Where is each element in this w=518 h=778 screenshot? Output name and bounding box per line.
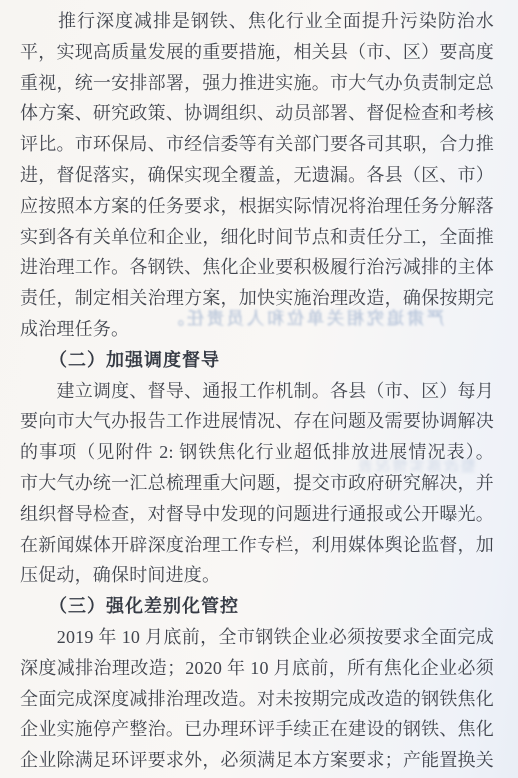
text-line: 进治理工作。各钢铁、焦化企业要积极履行治污减排的主体 <box>20 252 494 283</box>
text-line: 推行深度减排是钢铁、焦化行业全面提升污染防治水 <box>20 6 494 37</box>
text-line: 进，督促落实，确保实现全覆盖，无遗漏。各县（区、市） <box>20 160 494 191</box>
text-line: 平，实现高质量发展的重要措施，相关县（市、区）要高度 <box>20 37 494 68</box>
text-line: 重视，统一安排部署，强力推进实施。市大气办负责制定总 <box>20 68 494 99</box>
text-line: 在新闻媒体开辟深度治理工作专栏，利用媒体舆论监督，加 <box>20 530 494 561</box>
text-line: 2019 年 10 月底前，全市钢铁企业必须按要求全面完成 <box>20 622 494 653</box>
text-line: 组织督导检查，对督导中发现的问题进行通报或公开曝光。 <box>20 499 494 530</box>
text-line: 全面完成深度减排治理改造。对未按期完成改造的钢铁焦化 <box>20 684 494 715</box>
document-text: 推行深度减排是钢铁、焦化行业全面提升污染防治水 平，实现高质量发展的重要措施，相… <box>20 6 494 776</box>
text-line: 应按照本方案的任务要求，根据实际情况将治理任务分解落 <box>20 191 494 222</box>
text-line: 建立调度、督导、通报工作机制。各县（市、区）每月 <box>20 376 494 407</box>
text-line: 成治理任务。 <box>20 314 494 345</box>
text-line: 要向市大气办报告工作进展情况、存在问题及需要协调解决 <box>20 406 494 437</box>
text-line: 压促动，确保时间进度。 <box>20 560 494 591</box>
text-line: 的事项（见附件 2: 钢铁焦化行业超低排放进展情况表）。 <box>20 437 494 468</box>
section-heading-2: （二）加强调度督导 <box>20 345 494 376</box>
section-heading-3: （三）强化差别化管控 <box>20 591 494 622</box>
text-line: 企业实施停产整治。已办理环评手续正在建设的钢铁、焦化 <box>20 714 494 745</box>
text-line: 评比。市环保局、市经信委等有关部门要各司其职，合力推 <box>20 129 494 160</box>
text-line: 实到各有关单位和企业，细化时间节点和责任分工，全面推 <box>20 222 494 253</box>
document-page: 严肃追究相关单位和人员责任。 整改落实情况表 推行深度减排是钢铁、焦化行业全面提… <box>0 0 518 778</box>
text-line: 责任，制定相关治理方案，加快实施治理改造，确保按期完 <box>20 283 494 314</box>
text-line: 体方案、研究政策、协调组织、动员部署、督促检查和考核 <box>20 98 494 129</box>
text-line: 市大气办统一汇总梳理重大问题，提交市政府研究解决，并 <box>20 468 494 499</box>
text-line: 深度减排治理改造；2020 年 10 月底前，所有焦化企业必须 <box>20 653 494 684</box>
text-line: 企业除满足环评要求外，必须满足本方案要求；产能置换关 <box>20 745 494 776</box>
